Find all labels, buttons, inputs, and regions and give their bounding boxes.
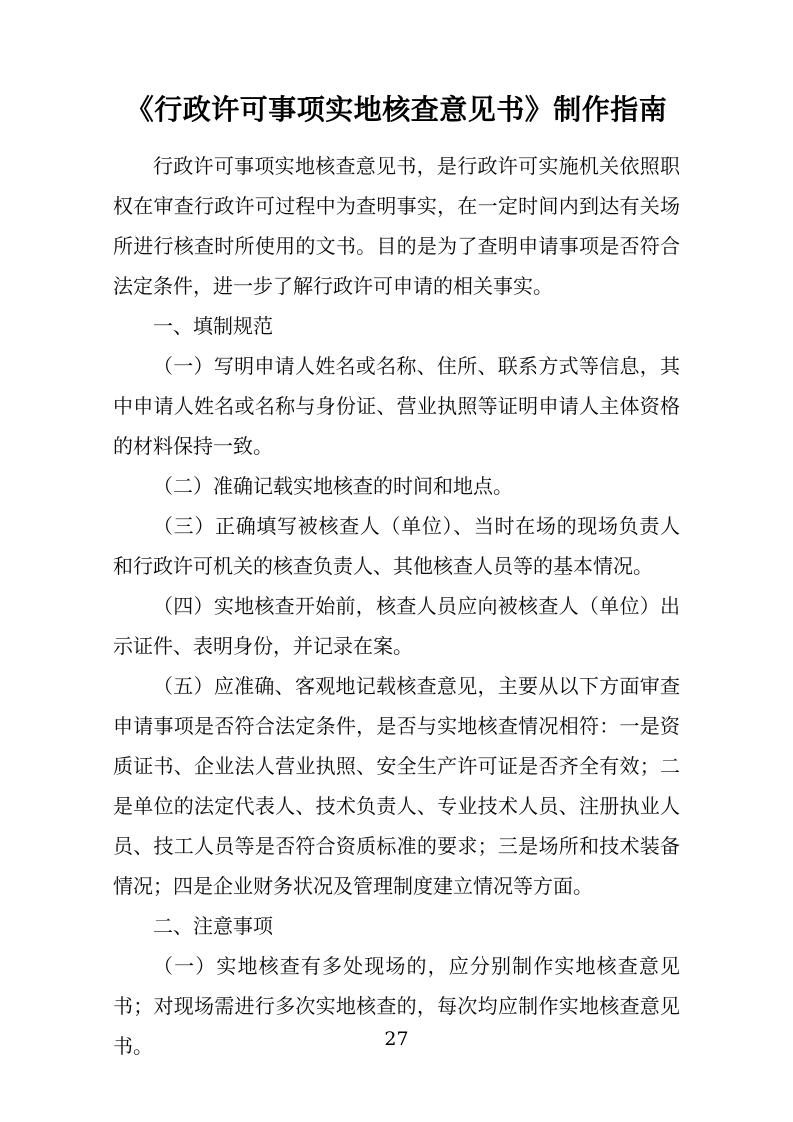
intro-paragraph: 行政许可事项实地核查意见书，是行政许可实施机关依照职权在审查行政许可过程中为查明… <box>113 146 680 306</box>
document-page: 《行政许可事项实地核查意见书》制作指南 行政许可事项实地核查意见书，是行政许可实… <box>0 0 793 1122</box>
section-heading-1: 一、填制规范 <box>113 306 680 346</box>
list-item-1-5: （五）应准确、客观地记载核查意见，主要从以下方面审查申请事项是否符合法定条件，是… <box>113 666 680 906</box>
list-item-1-2: （二）准确记载实地核查的时间和地点。 <box>113 466 680 506</box>
list-item-1-4: （四）实地核查开始前，核查人员应向被核查人（单位）出示证件、表明身份，并记录在案… <box>113 586 680 666</box>
document-body: 行政许可事项实地核查意见书，是行政许可实施机关依照职权在审查行政许可过程中为查明… <box>113 146 680 1066</box>
page-number: 27 <box>0 1028 793 1050</box>
section-heading-2: 二、注意事项 <box>113 906 680 946</box>
document-content: 《行政许可事项实地核查意见书》制作指南 行政许可事项实地核查意见书，是行政许可实… <box>113 84 680 1066</box>
list-item-1-1: （一）写明申请人姓名或名称、住所、联系方式等信息，其中申请人姓名或名称与身份证、… <box>113 346 680 466</box>
list-item-1-3: （三）正确填写被核查人（单位）、当时在场的现场负责人和行政许可机关的核查负责人、… <box>113 506 680 586</box>
document-title: 《行政许可事项实地核查意见书》制作指南 <box>113 84 680 136</box>
